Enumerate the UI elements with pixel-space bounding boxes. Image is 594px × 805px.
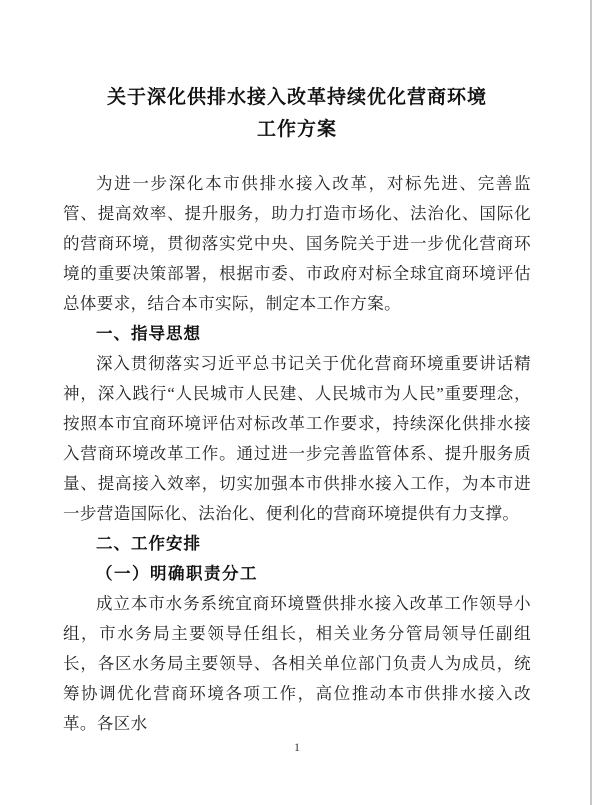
document-title: 关于深化供排水接入改革持续优化营商环境 工作方案 [40, 82, 554, 146]
scan-edge-line [590, 0, 592, 805]
subsection-heading-responsibility-division: （一）明确职责分工 [63, 559, 531, 589]
document-title-line-2: 工作方案 [40, 114, 554, 146]
document-title-line-1: 关于深化供排水接入改革持续优化营商环境 [40, 82, 554, 114]
paragraph-guiding-ideology: 深入贯彻落实习近平总书记关于优化营商环境重要讲话精神，深入践行“人民城市人民建、… [63, 349, 531, 529]
section-heading-guiding-ideology: 一、指导思想 [63, 319, 531, 349]
paragraph-intro: 为进一步深化本市供排水接入改革，对标先进、完善监管、提高效率、提升服务，助力打造… [63, 169, 531, 319]
document-page: 关于深化供排水接入改革持续优化营商环境 工作方案 为进一步深化本市供排水接入改革… [0, 0, 594, 805]
paragraph-responsibility-division: 成立本市水务系统宜商环境暨供排水接入改革工作领导小组，市水务局主要领导任组长，相… [63, 589, 531, 739]
document-body: 为进一步深化本市供排水接入改革，对标先进、完善监管、提高效率、提升服务，助力打造… [63, 169, 531, 739]
section-heading-work-arrangement: 二、工作安排 [63, 529, 531, 559]
page-number: 1 [0, 740, 594, 755]
